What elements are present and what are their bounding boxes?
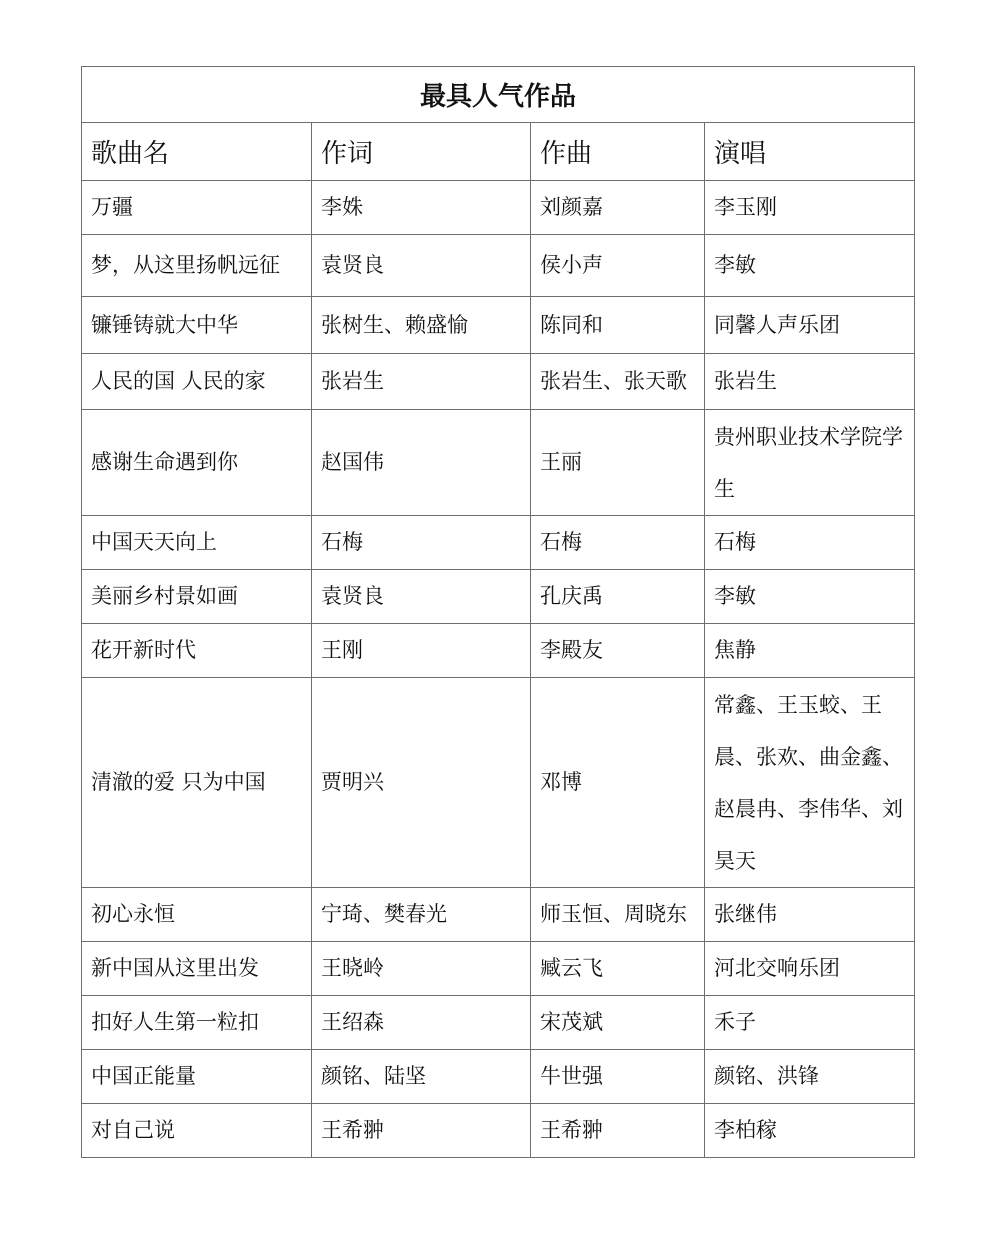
cell-composer: 孔庆禹 [531,570,705,624]
cell-song: 花开新时代 [82,624,312,678]
cell-song: 美丽乡村景如画 [82,570,312,624]
table-row: 扣好人生第一粒扣王绍森宋茂斌禾子 [82,996,915,1050]
cell-lyrics: 李姝 [312,181,531,235]
cell-song: 扣好人生第一粒扣 [82,996,312,1050]
table-row: 花开新时代王刚李殿友焦静 [82,624,915,678]
cell-composer: 牛世强 [531,1050,705,1104]
cell-singer: 河北交响乐团 [705,942,915,996]
cell-singer: 常鑫、王玉蛟、王晨、张欢、曲金鑫、赵晨冉、李伟华、刘昊天 [705,678,915,888]
cell-song: 感谢生命遇到你 [82,410,312,516]
cell-singer: 禾子 [705,996,915,1050]
header-song: 歌曲名 [82,123,312,181]
cell-lyrics: 袁贤良 [312,570,531,624]
cell-singer: 焦静 [705,624,915,678]
cell-composer: 刘颜嘉 [531,181,705,235]
table-row: 对自己说王希翀王希翀李柏稼 [82,1104,915,1158]
table-row: 感谢生命遇到你赵国伟王丽贵州职业技术学院学生 [82,410,915,516]
cell-song: 新中国从这里出发 [82,942,312,996]
popular-works-table: 最具人气作品 歌曲名 作词 作曲 演唱 万疆李姝刘颜嘉李玉刚梦，从这里扬帆远征袁… [81,66,915,1158]
table-row: 万疆李姝刘颜嘉李玉刚 [82,181,915,235]
table-row: 中国正能量颜铭、陆坚牛世强颜铭、洪锋 [82,1050,915,1104]
table-row: 美丽乡村景如画袁贤良孔庆禹李敏 [82,570,915,624]
cell-lyrics: 贾明兴 [312,678,531,888]
cell-lyrics: 王晓岭 [312,942,531,996]
cell-singer: 张继伟 [705,888,915,942]
cell-lyrics: 赵国伟 [312,410,531,516]
cell-singer: 颜铭、洪锋 [705,1050,915,1104]
cell-composer: 宋茂斌 [531,996,705,1050]
cell-song: 梦，从这里扬帆远征 [82,235,312,297]
cell-song: 清澈的爱 只为中国 [82,678,312,888]
cell-singer: 石梅 [705,516,915,570]
cell-lyrics: 袁贤良 [312,235,531,297]
cell-singer: 同馨人声乐团 [705,297,915,354]
cell-lyrics: 王刚 [312,624,531,678]
cell-song: 中国天天向上 [82,516,312,570]
cell-composer: 王丽 [531,410,705,516]
cell-lyrics: 王绍森 [312,996,531,1050]
header-lyrics: 作词 [312,123,531,181]
cell-lyrics: 宁琦、樊春光 [312,888,531,942]
table-row: 中国天天向上石梅石梅石梅 [82,516,915,570]
cell-lyrics: 张岩生 [312,354,531,410]
cell-lyrics: 张树生、赖盛愉 [312,297,531,354]
cell-composer: 张岩生、张天歌 [531,354,705,410]
cell-composer: 王希翀 [531,1104,705,1158]
table-row: 新中国从这里出发王晓岭臧云飞河北交响乐团 [82,942,915,996]
table-title: 最具人气作品 [82,67,915,123]
cell-composer: 陈同和 [531,297,705,354]
table-row: 镰锤铸就大中华张树生、赖盛愉陈同和同馨人声乐团 [82,297,915,354]
cell-song: 镰锤铸就大中华 [82,297,312,354]
cell-composer: 臧云飞 [531,942,705,996]
cell-singer: 张岩生 [705,354,915,410]
cell-lyrics: 石梅 [312,516,531,570]
cell-composer: 李殿友 [531,624,705,678]
cell-singer: 李玉刚 [705,181,915,235]
cell-song: 万疆 [82,181,312,235]
cell-singer: 李敏 [705,235,915,297]
cell-lyrics: 颜铭、陆坚 [312,1050,531,1104]
cell-composer: 师玉恒、周晓东 [531,888,705,942]
cell-song: 对自己说 [82,1104,312,1158]
table-row: 梦，从这里扬帆远征袁贤良侯小声李敏 [82,235,915,297]
cell-singer: 李敏 [705,570,915,624]
cell-singer: 李柏稼 [705,1104,915,1158]
cell-lyrics: 王希翀 [312,1104,531,1158]
header-row: 歌曲名 作词 作曲 演唱 [82,123,915,181]
cell-song: 人民的国 人民的家 [82,354,312,410]
table-row: 初心永恒宁琦、樊春光师玉恒、周晓东张继伟 [82,888,915,942]
cell-composer: 石梅 [531,516,705,570]
table-row: 人民的国 人民的家张岩生张岩生、张天歌张岩生 [82,354,915,410]
cell-composer: 侯小声 [531,235,705,297]
cell-singer: 贵州职业技术学院学生 [705,410,915,516]
cell-composer: 邓博 [531,678,705,888]
header-composer: 作曲 [531,123,705,181]
table-row: 清澈的爱 只为中国贾明兴邓博常鑫、王玉蛟、王晨、张欢、曲金鑫、赵晨冉、李伟华、刘… [82,678,915,888]
cell-song: 中国正能量 [82,1050,312,1104]
cell-song: 初心永恒 [82,888,312,942]
header-singer: 演唱 [705,123,915,181]
title-row: 最具人气作品 [82,67,915,123]
